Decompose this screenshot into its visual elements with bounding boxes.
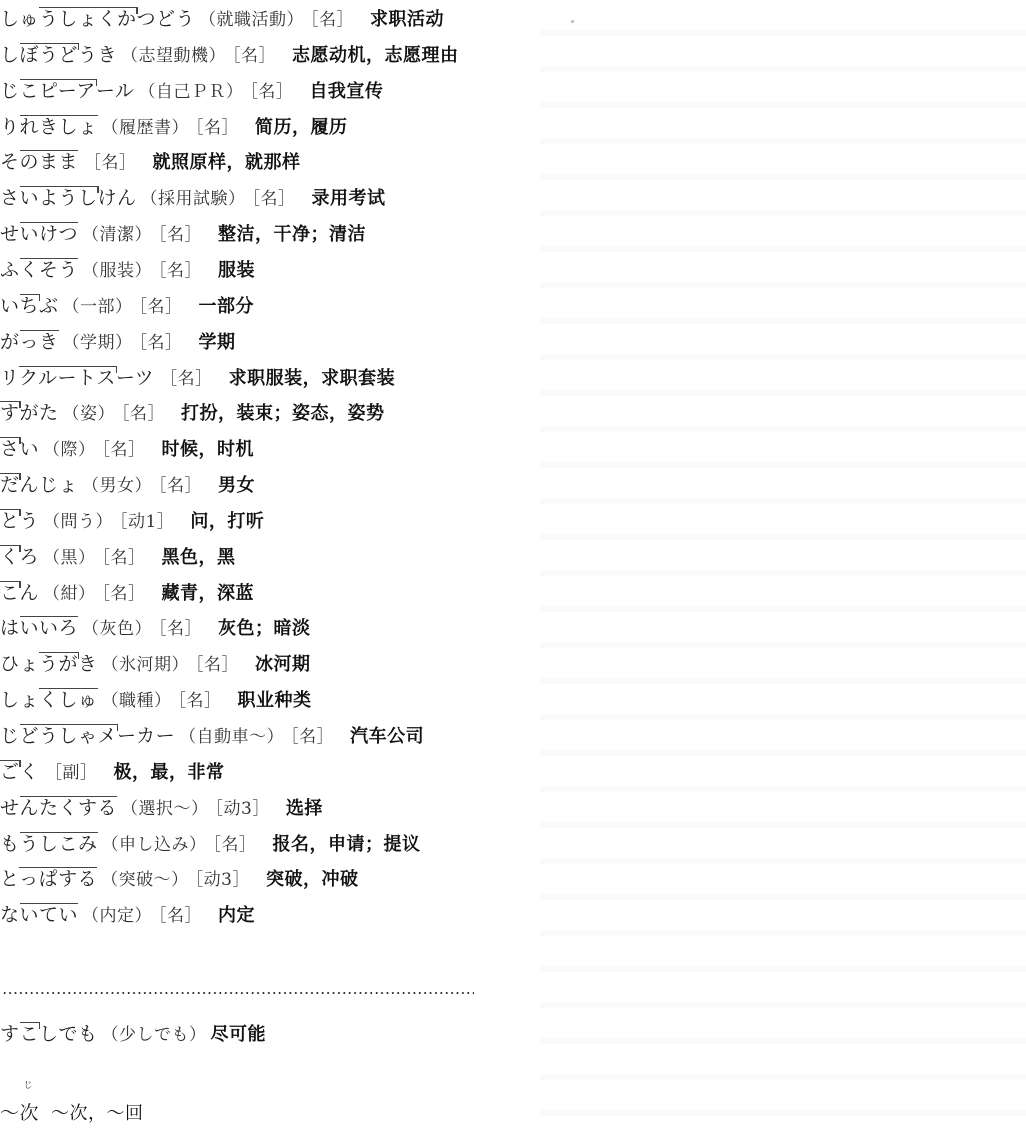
kanji-form: （氷河期） [102, 655, 190, 675]
chinese-gloss: 藏青，深蓝 [162, 583, 255, 604]
reading-pre: は [0, 617, 20, 639]
accent-overline: っき [20, 330, 59, 353]
vocab-entry: がっき（学期）［名］学期 [0, 324, 236, 360]
part-of-speech: ［名］ [178, 691, 222, 711]
reading-pre: しょ [0, 689, 39, 711]
vocab-entry: じこピーアール（自己ＰＲ）［名］自我宣传 [0, 73, 383, 109]
vocab-entry: ごく［副］极，最，非常 [0, 754, 225, 790]
reading: がっき [0, 330, 59, 353]
vocab-entry: くろ（黒）［名］黑色，黑 [0, 539, 236, 575]
vocab-entry: せんたくする（選択～）［动3］选择 [0, 790, 323, 826]
reading-pre: ふ [0, 259, 20, 281]
kanji-word: 次 [20, 1102, 40, 1124]
part-of-speech: ［名］ [195, 118, 239, 138]
reading: とう [0, 509, 39, 532]
vocab-entry: じどうしゃメーカー（自動車～）［名］汽车公司 [0, 718, 424, 754]
reading: そのまま [0, 150, 78, 173]
reading-pre: せ [0, 797, 20, 819]
ruby-annotation: じ [24, 1081, 34, 1091]
chinese-gloss: 一部分 [199, 296, 255, 317]
chinese-gloss: 冰河期 [255, 654, 311, 675]
reading: ～じ次 [0, 1102, 39, 1124]
vocab-entry: ふくそう（服装）［名］服装 [0, 252, 255, 288]
kanji-form: （学期） [63, 333, 133, 353]
chinese-gloss: 尽可能 [211, 1024, 267, 1045]
reading-post: い [20, 438, 40, 460]
vocab-entry: ないてい（内定）［名］内定 [0, 897, 255, 933]
kanji-form: （黒） [43, 548, 96, 568]
part-of-speech: ［名］ [139, 297, 183, 317]
part-of-speech: ［名］ [252, 189, 296, 209]
vocab-entry: だんじょ（男女）［名］男女 [0, 467, 255, 503]
kanji-form: （採用試験） [141, 189, 246, 209]
chinese-gloss: 男女 [218, 475, 255, 496]
accent-overline: いてい [20, 903, 79, 926]
reading-post: つどう [137, 8, 196, 30]
accent-overline: いけつ [20, 222, 79, 245]
vocab-entry: そのまま［名］就照原样，就那样 [0, 144, 301, 180]
reading-post: んじょ [20, 474, 79, 496]
vocab-entry: さい（際）［名］时候，时机 [0, 431, 254, 467]
accent-overline: いいろ [20, 616, 79, 639]
kanji-form: （志望動機） [121, 46, 226, 66]
kanji-form: （内定） [82, 906, 152, 926]
kanji-form: （自動車～） [179, 727, 284, 747]
chinese-gloss: ～次，～回 [51, 1103, 144, 1124]
part-of-speech: ［名］ [158, 476, 202, 496]
reading-pre: じ [0, 80, 20, 102]
chinese-gloss: 求职活动 [370, 9, 444, 30]
reading-pre: さ [0, 187, 20, 209]
part-of-speech: ［动1］ [119, 512, 174, 532]
part-of-speech: ［名］ [158, 619, 202, 639]
accent-overline: くしゅ [39, 688, 98, 711]
reading-post: がた [20, 402, 59, 424]
accent-overline: クルートス [19, 366, 116, 389]
accent-overline: れきしょ [20, 115, 98, 138]
vocab-entry: りれきしょ（履歴書）［名］简历，履历 [0, 109, 348, 145]
part-of-speech: ［名］ [102, 584, 146, 604]
reading-pre: せ [0, 223, 20, 245]
vocab-entry: いちぶ（一部）［名］一部分 [0, 288, 254, 324]
part-of-speech: ［动3］ [195, 870, 250, 890]
reading-post: ール [96, 80, 135, 102]
chinese-gloss: 自我宣传 [309, 81, 383, 102]
reading-pre: ひょ [0, 653, 39, 675]
reading: せいけつ [0, 222, 78, 245]
accent-overline: っぱする [19, 867, 97, 890]
kanji-form: （一部） [63, 297, 133, 317]
reading: さいようしけん [0, 186, 137, 209]
part-of-speech: ［名］ [213, 835, 257, 855]
reading: りれきしょ [0, 115, 98, 138]
part-of-speech: ［名］ [84, 153, 137, 173]
accent-overline: うしょくか [39, 7, 137, 30]
reading-post: けん [98, 187, 137, 209]
reading-post: しでも [39, 1023, 98, 1045]
part-of-speech: ［名］ [232, 46, 276, 66]
chinese-gloss: 时候，时机 [162, 439, 255, 460]
accent-overline: うしこみ [20, 832, 98, 855]
reading: すこしでも [0, 1022, 98, 1045]
part-of-speech: ［名］ [160, 369, 213, 389]
reading-pre: り [0, 116, 20, 138]
reading: こん [0, 581, 39, 604]
chinese-gloss: 黑色，黑 [162, 547, 236, 568]
kanji-form: （際） [43, 440, 96, 460]
reading: だんじょ [0, 473, 78, 496]
chinese-gloss: 简历，履历 [255, 117, 348, 138]
part-of-speech: ［名］ [102, 440, 146, 460]
part-of-speech: ［名］ [158, 261, 202, 281]
part-of-speech: ［名］ [195, 655, 239, 675]
ruby-word: じ次 [20, 1095, 40, 1131]
reading-post: う [20, 510, 40, 532]
reading: もうしこみ [0, 832, 98, 855]
reading-pre: そ [0, 151, 20, 173]
vocab-entry: とう（問う）［动1］问，打听 [0, 503, 264, 539]
reading: ひょうがき [0, 652, 98, 675]
kanji-form: （姿） [63, 404, 116, 424]
reading-pre: と [0, 868, 19, 890]
reading-pre: し [0, 44, 20, 66]
chinese-gloss: 求职服装，求职套装 [229, 368, 396, 389]
vocab-entry: ひょうがき（氷河期）［名］冰河期 [0, 646, 311, 682]
reading-pre: リ [0, 367, 19, 389]
reading: リクルートスーツ [0, 366, 154, 389]
page-bleed-through [540, 0, 1026, 1136]
accent-overline: だ [0, 473, 20, 496]
accent-overline: どうしゃメ [20, 724, 118, 747]
vocab-entry: しゅうしょくかつどう（就職活動）［名］求职活动 [0, 1, 444, 37]
reading: ないてい [0, 903, 78, 926]
reading: しょくしゅ [0, 688, 98, 711]
kanji-form: （履歴書） [102, 118, 190, 138]
reading-post: ーカー [117, 725, 175, 747]
vocab-entry: はいいろ（灰色）［名］灰色；暗淡 [0, 610, 311, 646]
reading-post: ぶ [39, 295, 59, 317]
reading-pre: しゅ [0, 8, 39, 30]
reading-post: く [20, 761, 40, 783]
accent-overline: と [0, 509, 20, 532]
vocab-entry: もうしこみ（申し込み）［名］报名，申请；提议 [0, 826, 421, 862]
chinese-gloss: 打扮，装束；姿态，姿势 [181, 403, 385, 424]
vocab-entry: さいようしけん（採用試験）［名］录用考试 [0, 180, 386, 216]
kanji-form: （灰色） [82, 619, 152, 639]
reading: すがた [0, 401, 59, 424]
reading-post: ん [20, 582, 40, 604]
chinese-gloss: 学期 [199, 332, 236, 353]
chinese-gloss: 就照原样，就那样 [153, 152, 301, 173]
kanji-form: （少しでも） [102, 1025, 207, 1045]
part-of-speech: ［名］ [158, 225, 202, 245]
accent-overline: うが [39, 652, 78, 675]
reading-post: うき [78, 44, 117, 66]
kanji-form: （服装） [82, 261, 152, 281]
accent-overline: こ [0, 581, 20, 604]
chinese-gloss: 职业种类 [238, 690, 312, 711]
part-of-speech: ［名］ [121, 404, 165, 424]
part-of-speech: ［名］ [310, 10, 354, 30]
part-of-speech: ［动3］ [215, 799, 270, 819]
vocab-entry: とっぱする（突破～）［动3］突破，冲破 [0, 861, 358, 897]
tilde-prefix: ～ [0, 1102, 20, 1124]
reading-pre: が [0, 331, 20, 353]
kanji-form: （自己ＰＲ） [138, 82, 243, 102]
vocab-entry: ～じ次～次，～回 [0, 1095, 144, 1131]
accent-overline: んたくする [20, 796, 118, 819]
vocab-entry: せいけつ（清潔）［名］整洁，干净；清洁 [0, 216, 366, 252]
kanji-form: （問う） [43, 512, 113, 532]
accent-overline: ご [0, 760, 20, 783]
chinese-gloss: 突破，冲破 [266, 869, 359, 890]
reading-post: き [78, 653, 98, 675]
chinese-gloss: 灰色；暗淡 [218, 618, 311, 639]
chinese-gloss: 汽车公司 [350, 726, 424, 747]
chinese-gloss: 志愿动机，志愿理由 [292, 45, 459, 66]
reading-pre: い [0, 295, 20, 317]
reading: さい [0, 437, 39, 460]
accent-overline: く [0, 545, 20, 568]
chinese-gloss: 服装 [218, 260, 255, 281]
reading: ふくそう [0, 258, 78, 281]
reading-pre: じ [0, 725, 20, 747]
chinese-gloss: 报名，申请；提议 [273, 834, 421, 855]
kanji-form: （就職活動） [199, 10, 304, 30]
accent-overline: のまま [20, 150, 79, 173]
accent-overline: ち [20, 294, 40, 317]
vocab-entry: しょくしゅ（職種）［名］职业种类 [0, 682, 312, 718]
reading: せんたくする [0, 796, 117, 819]
reading: しゅうしょくかつどう [0, 7, 195, 30]
reading-post: ーツ [116, 367, 154, 389]
accent-overline: す [0, 401, 20, 424]
vocabulary-page: しゅうしょくかつどう（就職活動）［名］求职活动しぼうどうき（志望動機）［名］志愿… [0, 0, 1026, 1136]
kanji-form: （突破～） [101, 870, 189, 890]
reading: じどうしゃメーカー [0, 724, 175, 747]
vocab-entry: こん（紺）［名］藏青，深蓝 [0, 575, 254, 611]
chinese-gloss: 极，最，非常 [114, 762, 225, 783]
chinese-gloss: 内定 [218, 905, 255, 926]
dotted-separator [2, 992, 474, 994]
reading: くろ [0, 545, 39, 568]
reading: ごく [0, 760, 39, 783]
reading-pre: す [0, 1023, 20, 1045]
reading: とっぱする [0, 867, 97, 890]
reading-pre: な [0, 904, 20, 926]
part-of-speech: ［名］ [249, 82, 293, 102]
accent-overline: ぼうど [20, 43, 79, 66]
vocab-entry: リクルートスーツ［名］求职服装，求职套装 [0, 360, 395, 396]
kanji-form: （選択～） [121, 799, 209, 819]
accent-overline: こ [20, 1022, 40, 1045]
vocab-entry: すこしでも（少しでも）尽可能 [0, 1016, 266, 1052]
chinese-gloss: 问，打听 [190, 511, 264, 532]
part-of-speech: ［名］ [290, 727, 334, 747]
reading: しぼうどうき [0, 43, 117, 66]
reading-post: ろ [20, 546, 40, 568]
kanji-form: （紺） [43, 584, 96, 604]
reading: はいいろ [0, 616, 78, 639]
kanji-form: （職種） [102, 691, 172, 711]
part-of-speech: ［名］ [102, 548, 146, 568]
chinese-gloss: 整洁，干净；清洁 [218, 224, 366, 245]
reading: じこピーアール [0, 79, 134, 102]
stray-mark [571, 20, 574, 23]
chinese-gloss: 选择 [286, 798, 323, 819]
part-of-speech: ［副］ [45, 763, 98, 783]
vocab-entry: すがた（姿）［名］打扮，装束；姿态，姿势 [0, 395, 385, 431]
part-of-speech: ［名］ [158, 906, 202, 926]
reading-pre: も [0, 833, 20, 855]
accent-overline: さ [0, 437, 20, 460]
part-of-speech: ［名］ [139, 333, 183, 353]
reading: いちぶ [0, 294, 59, 317]
accent-overline: くそう [20, 258, 79, 281]
kanji-form: （清潔） [82, 225, 152, 245]
accent-overline: こピーア [20, 79, 96, 102]
vocab-entry: しぼうどうき（志望動機）［名］志愿动机，志愿理由 [0, 37, 459, 73]
kanji-form: （男女） [82, 476, 152, 496]
kanji-form: （申し込み） [102, 835, 207, 855]
chinese-gloss: 录用考试 [312, 188, 386, 209]
accent-overline: いようし [20, 186, 98, 209]
